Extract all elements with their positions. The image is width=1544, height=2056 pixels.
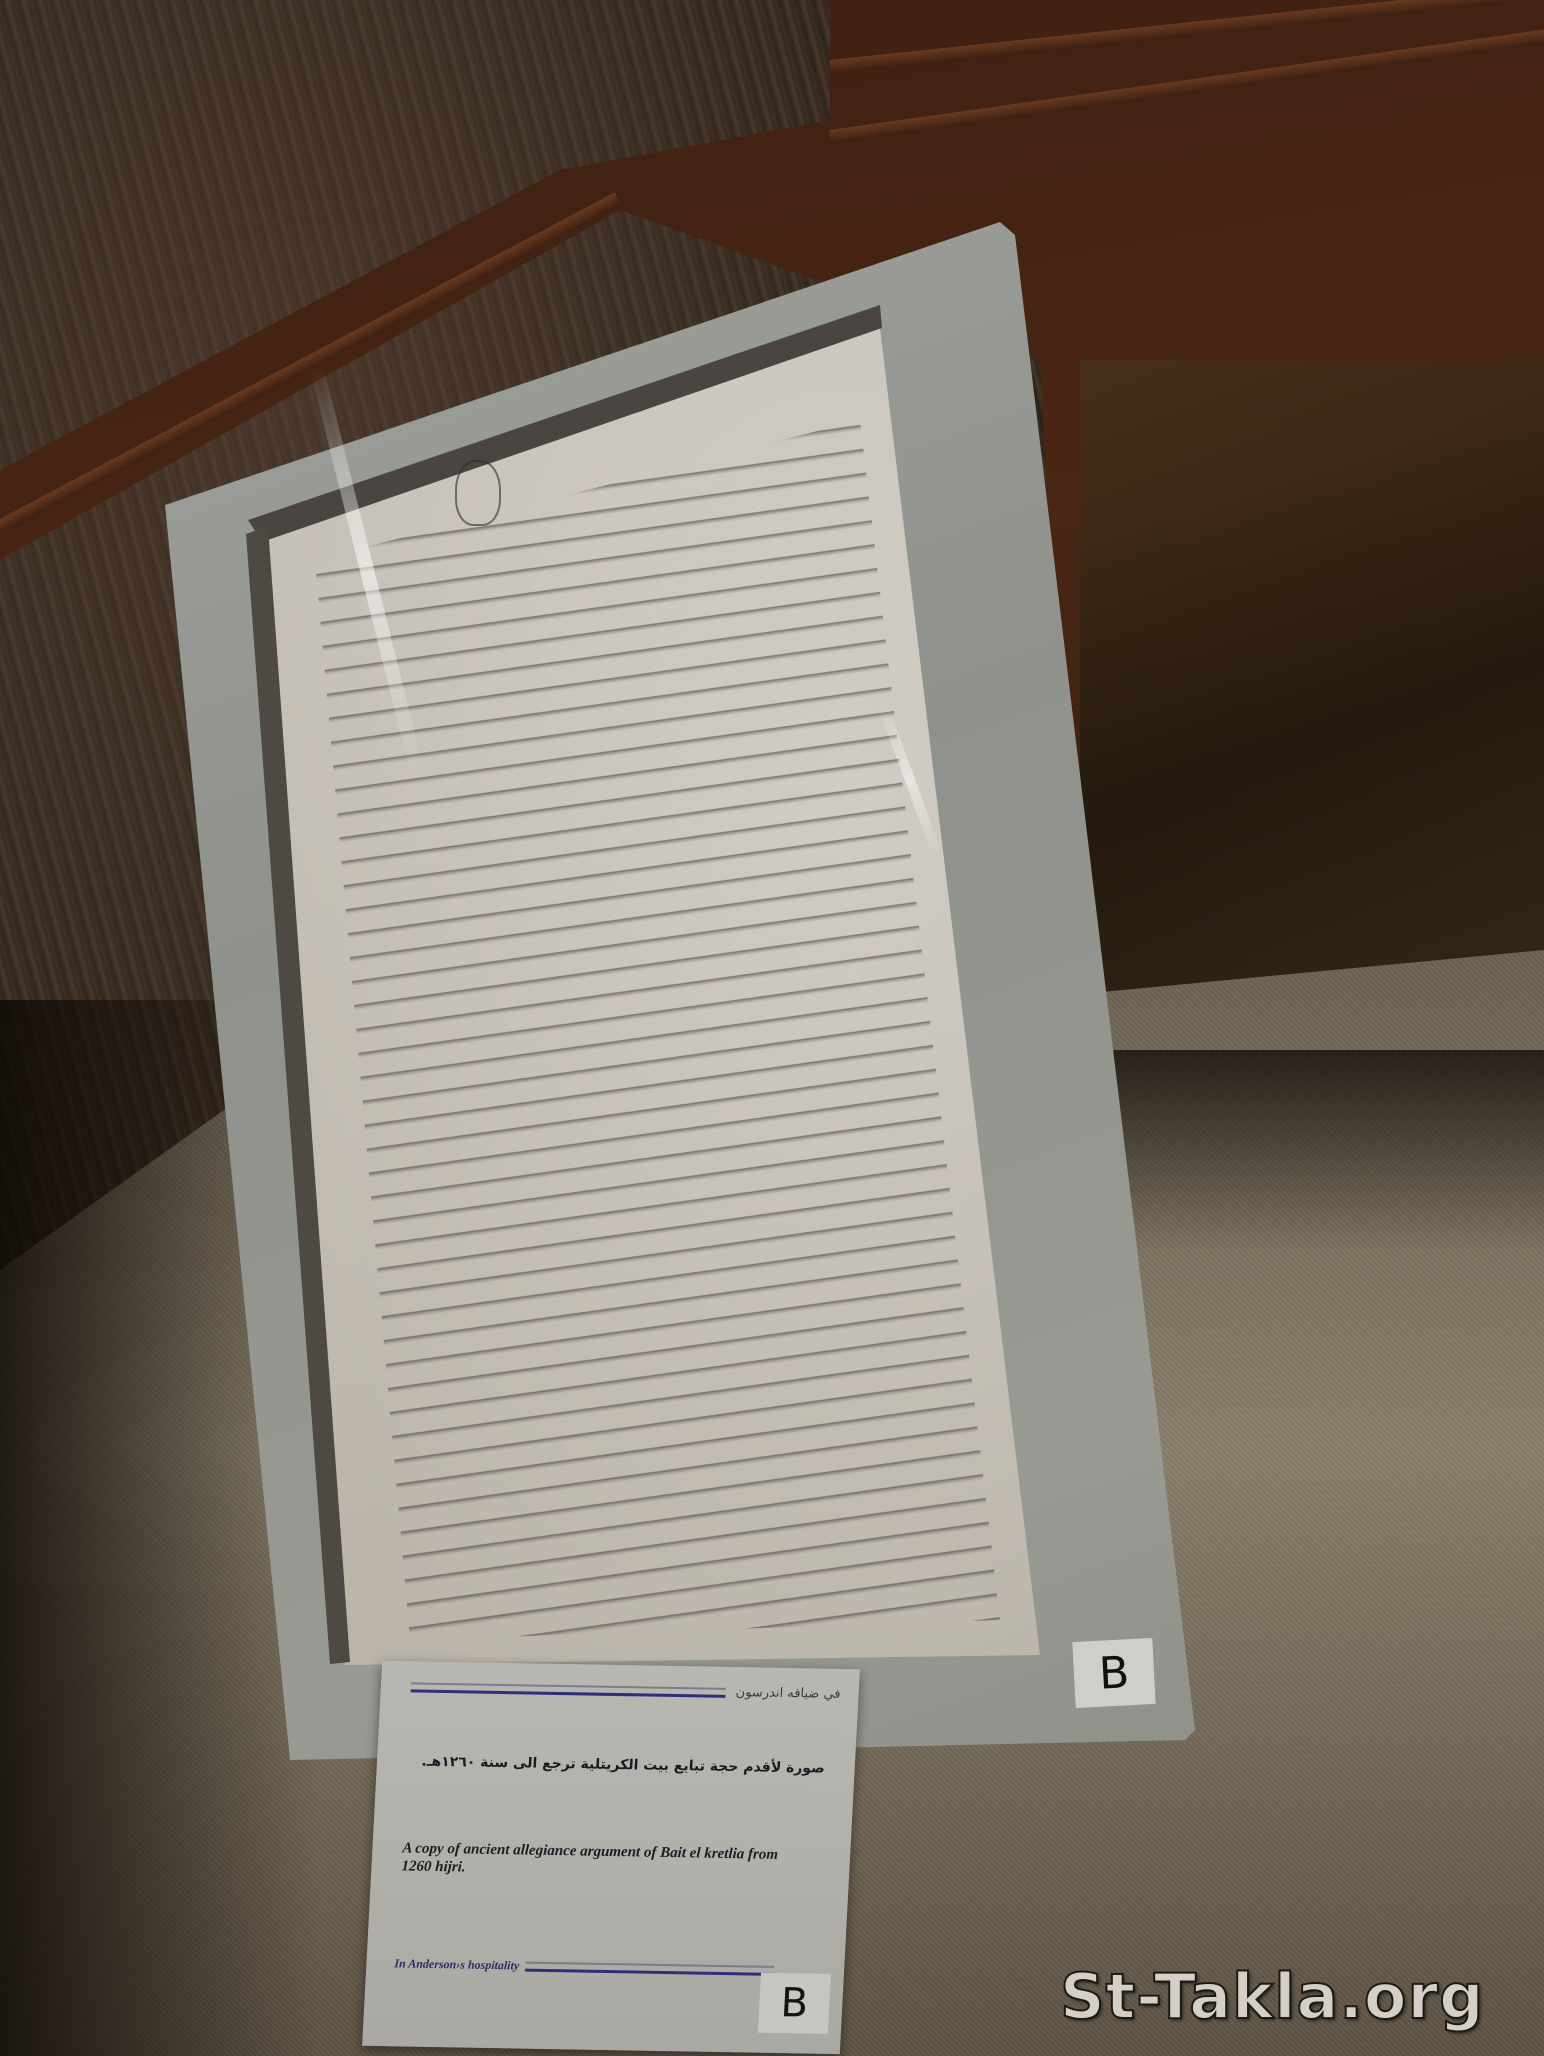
label-card-header: في ضيافه اندرسون [411, 1679, 841, 1702]
label-letter-tag: B [758, 1973, 831, 2034]
museum-exhibit-photo: B في ضيافه اندرسون صورة لأقدم حجة تبايع … [0, 0, 1544, 2056]
exhibit-label-card: في ضيافه اندرسون صورة لأقدم حجة تبايع بي… [362, 1661, 860, 2054]
footer-english-text: In Anderson›s hospitality [394, 1956, 520, 1973]
header-arabic-text: في ضيافه اندرسون [735, 1685, 841, 1702]
watermark: St-Takla.org [1060, 1960, 1484, 2033]
arabic-title: صورة لأقدم حجة تبايع بيت الكريتلية ترجع … [421, 1754, 825, 1777]
footer-rule [525, 1961, 774, 1975]
shadow [1090, 1050, 1544, 1250]
exhibit-letter-tag: B [1072, 1638, 1155, 1708]
english-description: A copy of ancient allegiance argument of… [401, 1839, 803, 1882]
label-card-footer: In Anderson›s hospitality [394, 1956, 774, 1978]
header-rule [411, 1682, 726, 1697]
seal-emblem [455, 460, 501, 526]
